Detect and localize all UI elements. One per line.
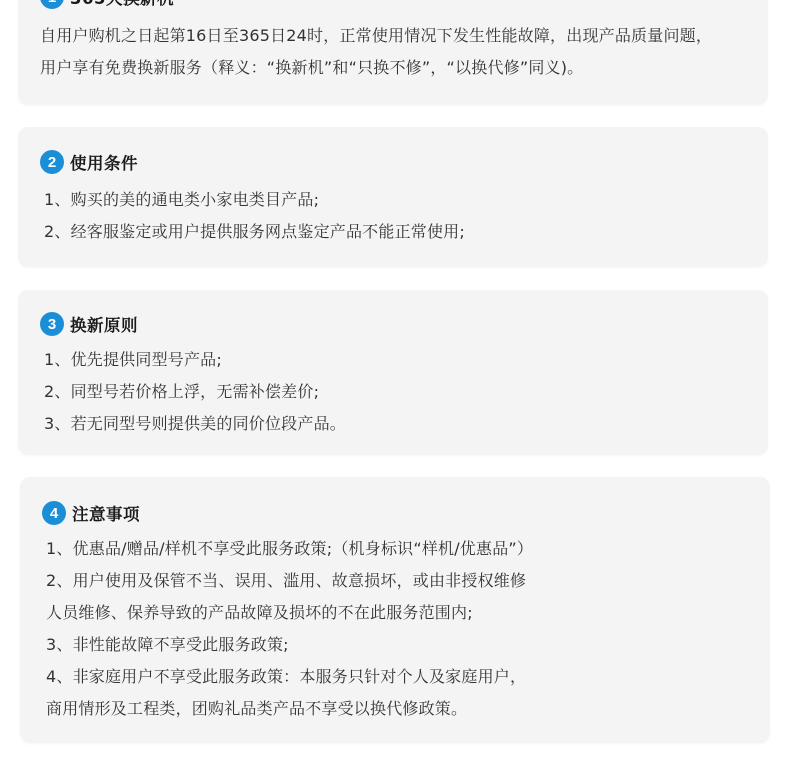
section-card-usage-conditions: 2 使用条件 1、购买的美的通电类小家电类目产品; 2、经客服鉴定或用户提供服务…: [18, 127, 768, 267]
list-item: 3、若无同型号则提供美的同价位段产品。: [44, 414, 346, 434]
section-card-notes: 4 注意事项 1、优惠品/赠品/样机不享受此服务政策;（机身标识“样机/优惠品”…: [20, 477, 770, 743]
number-badge-icon: 1: [40, 0, 64, 9]
list-item: 4、非家庭用户不享受此服务政策：本服务只针对个人及家庭用户，: [46, 667, 526, 687]
section-header: 1 365天换新机: [40, 0, 174, 10]
number-badge-icon: 2: [40, 150, 64, 174]
list-item: 2、经客服鉴定或用户提供服务网点鉴定产品不能正常使用;: [44, 222, 465, 242]
section-title: 注意事项: [72, 501, 140, 525]
section-header: 3 换新原则: [40, 311, 138, 337]
list-item: 2、用户使用及保管不当、误用、滥用、故意损坏，或由非授权维修: [46, 571, 526, 591]
section-1-line-2: 用户享有免费换新服务（释义：“换新机”和“只换不修”，“以换代修”同义)。: [40, 58, 583, 78]
section-title: 365天换新机: [70, 0, 174, 9]
list-item: 1、优惠品/赠品/样机不享受此服务政策;（机身标识“样机/优惠品”）: [46, 539, 533, 559]
list-item: 1、优先提供同型号产品;: [44, 350, 222, 370]
list-item: 1、购买的美的通电类小家电类目产品;: [44, 190, 319, 210]
list-item: 3、非性能故障不享受此服务政策;: [46, 635, 289, 655]
section-header: 2 使用条件: [40, 149, 138, 175]
number-badge-icon: 4: [42, 501, 66, 525]
list-item-continuation: 商用情形及工程类，团购礼品类产品不享受以换代修政策。: [46, 699, 467, 719]
section-card-replacement-principles: 3 换新原则 1、优先提供同型号产品; 2、同型号若价格上浮，无需补偿差价; 3…: [18, 290, 768, 455]
section-header: 4 注意事项: [42, 500, 140, 526]
section-card-365-day-replacement: 1 365天换新机: [18, 0, 768, 105]
list-item: 2、同型号若价格上浮，无需补偿差价;: [44, 382, 319, 402]
section-1-line-1: 自用户购机之日起第16日至365日24时，正常使用情况下发生性能故障，出现产品质…: [40, 26, 712, 46]
number-badge-icon: 3: [40, 312, 64, 336]
list-item-continuation: 人员维修、保养导致的产品故障及损坏的不在此服务范围内;: [46, 603, 473, 623]
section-title: 换新原则: [70, 312, 138, 336]
section-title: 使用条件: [70, 150, 138, 174]
